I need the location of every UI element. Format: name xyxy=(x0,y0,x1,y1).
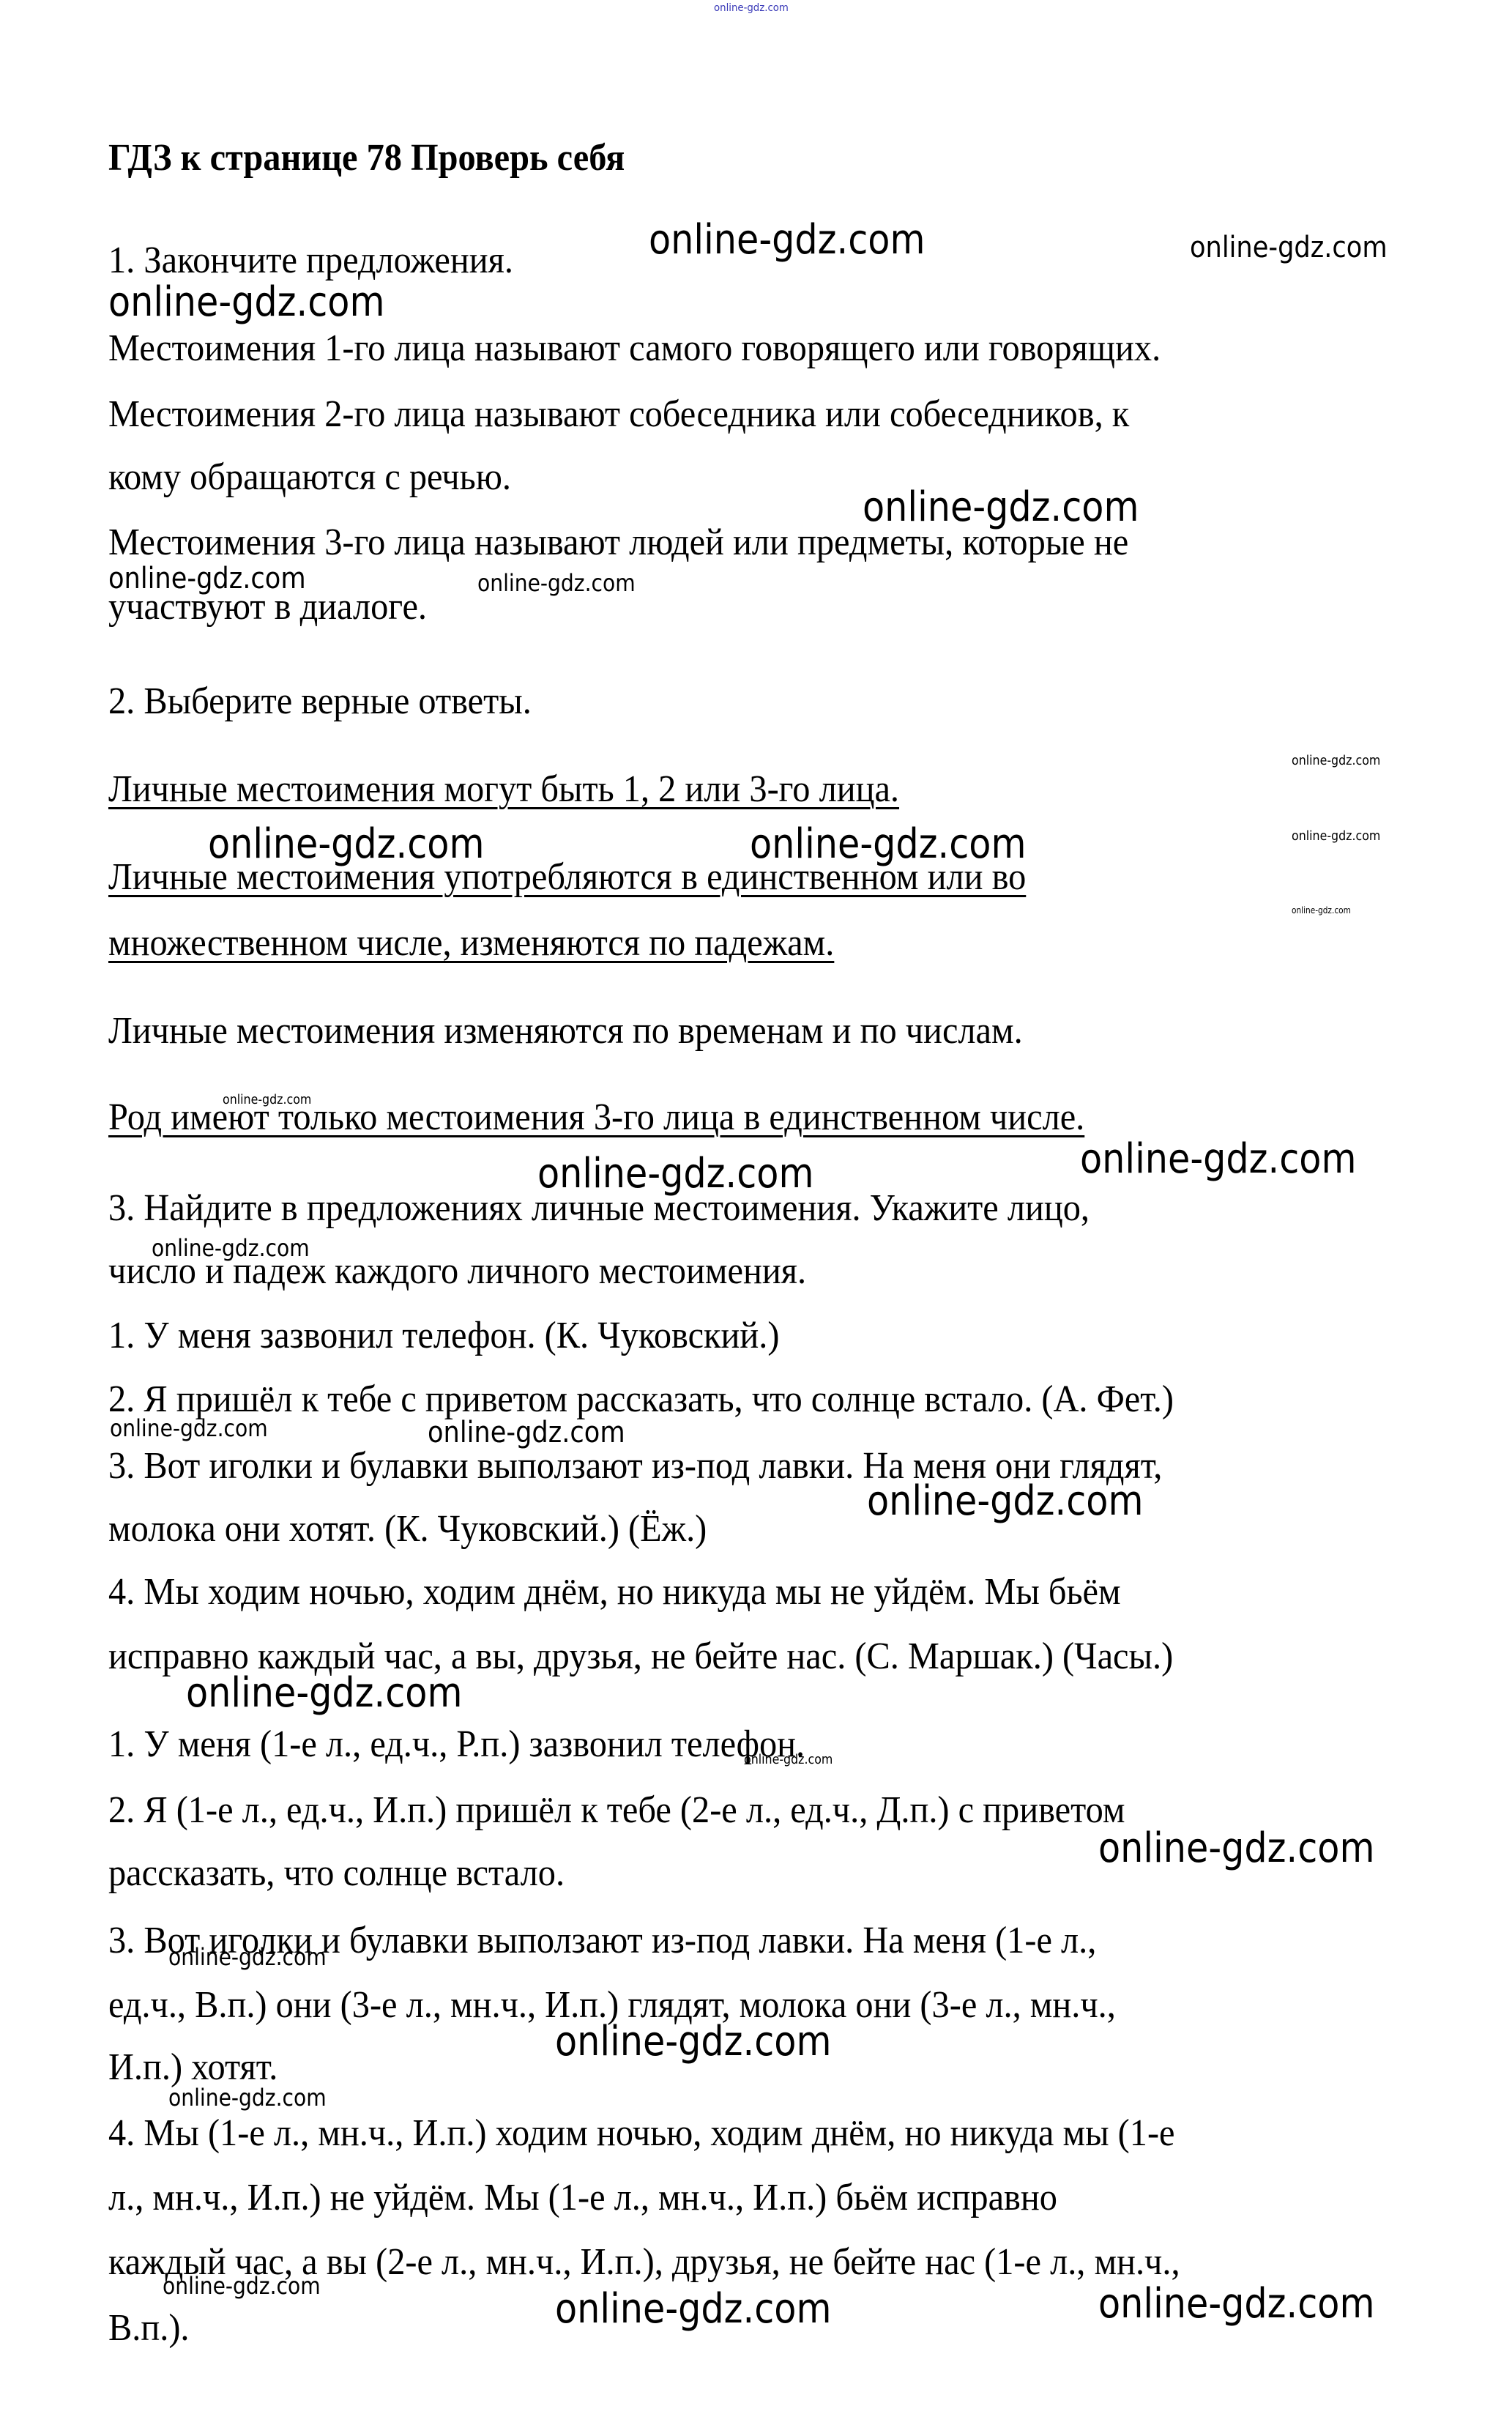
task3-answer: В.п.). xyxy=(108,2309,190,2347)
task3-sentence: 1. У меня зазвонил телефон. (К. Чуковски… xyxy=(108,1317,780,1355)
task3-sentence: 2. Я пришёл к тебе с приветом рассказать… xyxy=(108,1381,1174,1419)
task1-line: Местоимения 1-го лица называют самого го… xyxy=(108,330,1161,368)
task3-answer: 4. Мы (1-е л., мн.ч., И.п.) ходим ночью,… xyxy=(108,2114,1175,2153)
watermark: online-gdz.com xyxy=(108,564,306,593)
watermark: online-gdz.com xyxy=(537,1154,813,1195)
task2-option-correct: Личные местоимения могут быть 1, 2 или 3… xyxy=(108,770,899,809)
watermark: online-gdz.com xyxy=(477,571,636,595)
watermark: online-gdz.com xyxy=(1292,830,1380,843)
task3-answer: л., мн.ч., И.п.) не уйдём. Мы (1-е л., м… xyxy=(108,2179,1057,2217)
watermark: online-gdz.com xyxy=(1098,1828,1374,1869)
watermark: online-gdz.com xyxy=(1190,233,1388,262)
task3-sentence: молока они хотят. (К. Чуковский.) (Ёж.) xyxy=(108,1510,707,1548)
task2-heading: 2. Выберите верные ответы. xyxy=(108,683,532,721)
watermark: online-gdz.com xyxy=(168,2086,327,2109)
watermark: online-gdz.com xyxy=(152,1236,310,1260)
watermark: online-gdz.com xyxy=(163,2274,321,2298)
task3-answer: И.п.) хотят. xyxy=(108,2049,278,2087)
document-page: online-gdz.com ГДЗ к странице 78 Проверь… xyxy=(0,0,1512,2436)
watermark: online-gdz.com xyxy=(867,1481,1143,1522)
page-title: ГДЗ к странице 78 Проверь себя xyxy=(108,139,625,177)
watermark: online-gdz.com xyxy=(108,282,384,323)
watermark: online-gdz.com xyxy=(110,1416,268,1440)
watermark: online-gdz.com xyxy=(208,824,484,865)
watermark: online-gdz.com xyxy=(750,824,1026,865)
watermark: online-gdz.com xyxy=(555,2289,831,2330)
task1-heading: 1. Закончите предложения. xyxy=(108,242,513,280)
task2-option-correct: множественном числе, изменяются по падеж… xyxy=(108,924,834,962)
task1-line: Местоимения 2-го лица называют собеседни… xyxy=(108,396,1129,434)
watermark: online-gdz.com xyxy=(1098,2284,1374,2325)
task3-sentence: 4. Мы ходим ночью, ходим днём, но никуда… xyxy=(108,1573,1121,1611)
watermark: online-gdz.com xyxy=(1292,906,1351,915)
watermark: online-gdz.com xyxy=(168,1945,327,1969)
watermark: online-gdz.com xyxy=(649,220,925,261)
watermark: online-gdz.com xyxy=(223,1093,311,1107)
watermark: online-gdz.com xyxy=(1292,754,1380,768)
watermark: online-gdz.com xyxy=(863,487,1139,528)
task3-answer: 1. У меня (1-е л., ед.ч., Р.п.) зазвонил… xyxy=(108,1726,805,1764)
site-watermark-top: online-gdz.com xyxy=(714,3,789,13)
task3-answer: рассказать, что солнце встало. xyxy=(108,1854,565,1893)
watermark: online-gdz.com xyxy=(744,1753,833,1767)
task2-option: Личные местоимения изменяются по времена… xyxy=(108,1012,1023,1050)
watermark: online-gdz.com xyxy=(1080,1139,1356,1180)
watermark: online-gdz.com xyxy=(555,2021,831,2062)
watermark: online-gdz.com xyxy=(428,1418,625,1447)
task3-answer: 2. Я (1-е л., ед.ч., И.п.) пришёл к тебе… xyxy=(108,1791,1125,1830)
task1-line: кому обращаются с речью. xyxy=(108,458,511,497)
watermark: online-gdz.com xyxy=(186,1673,462,1714)
